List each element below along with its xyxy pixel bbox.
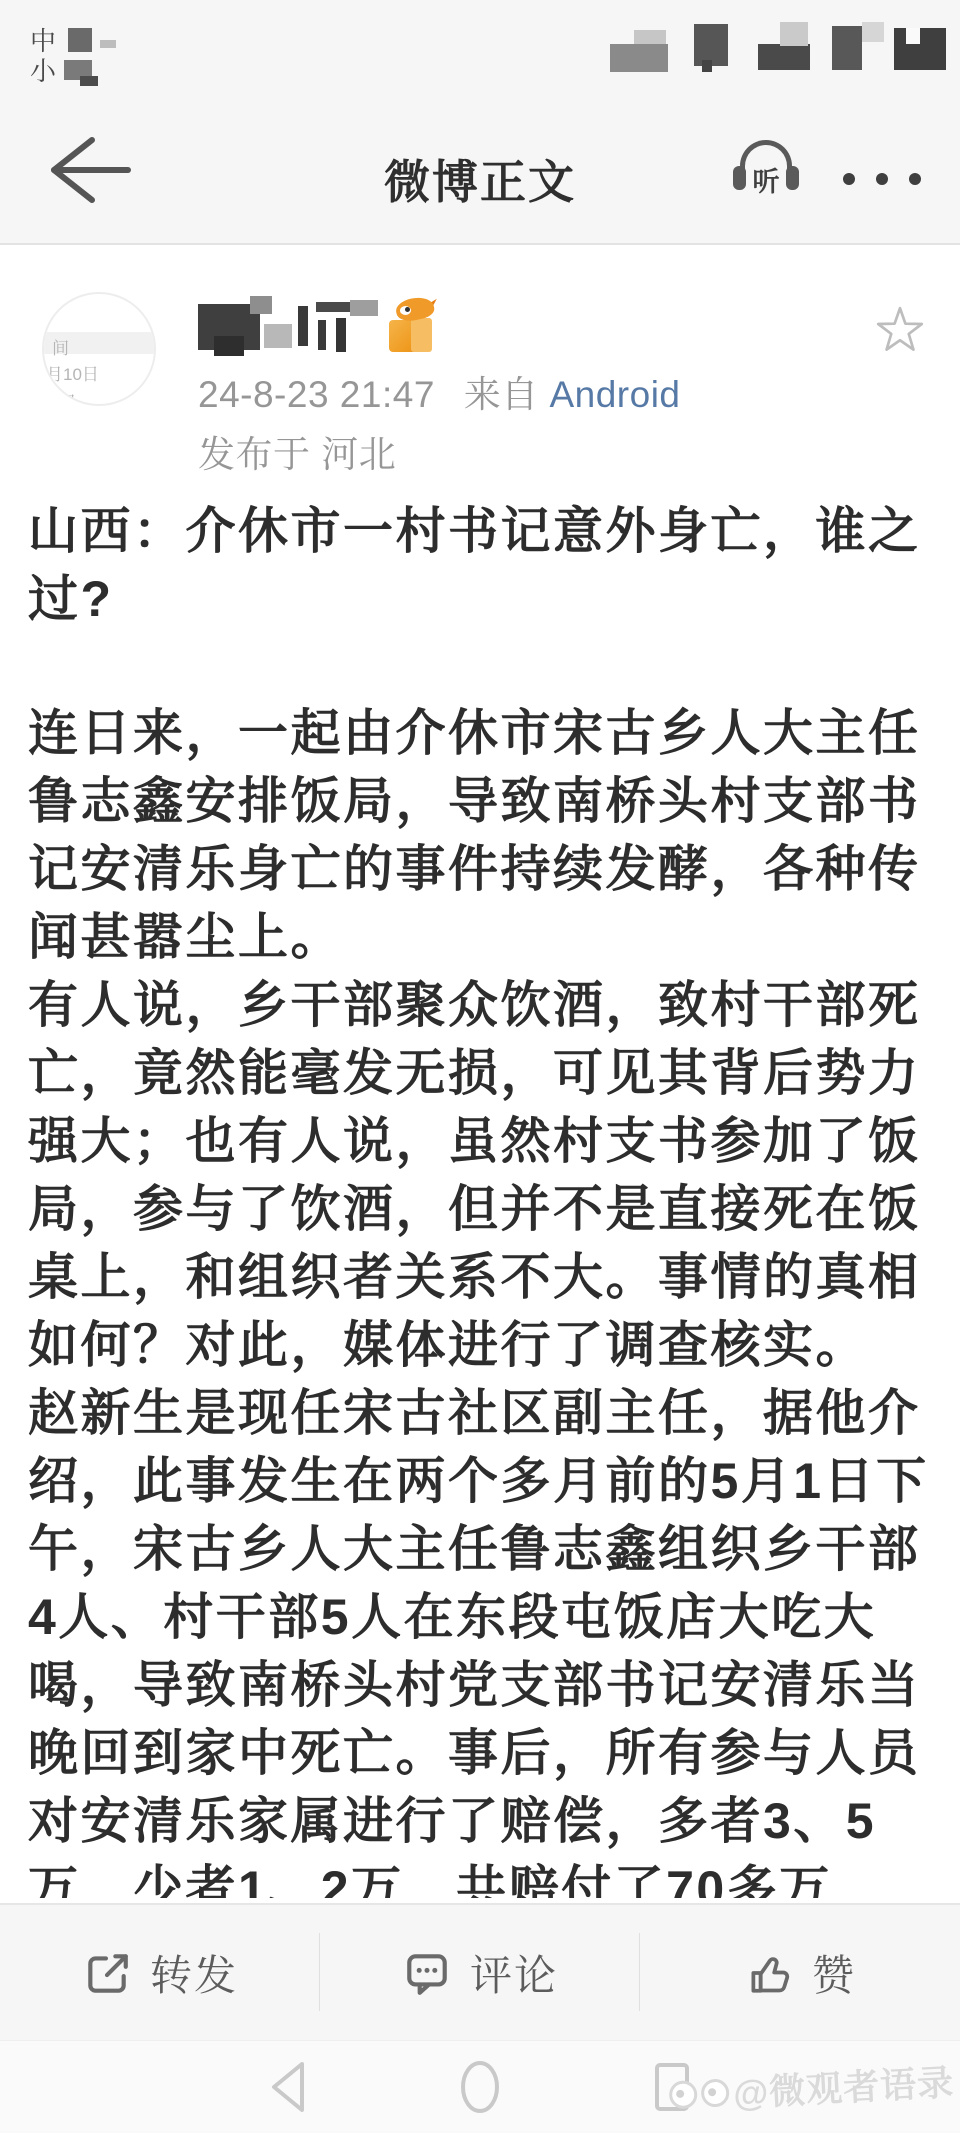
post-paragraph: 赵新生是现任宋古社区副主任，据他介绍，此事发生在两个多月前的5月1日下午，宋古乡… [28, 1379, 932, 1898]
listen-label: 听 [743, 160, 789, 199]
favorite-button[interactable] [875, 304, 925, 354]
redacted-block [250, 296, 272, 314]
repost-button[interactable]: 转发 [0, 1905, 320, 2040]
top-chrome: 中 小 [0, 0, 960, 245]
redacted-block [298, 306, 308, 346]
post-paragraph: 连日来，一起由介休市宋古乡人大主任鲁志鑫安排饭局，导致南桥头村支部书记安清乐身亡… [28, 699, 932, 971]
publish-location: 发布于 河北 [198, 424, 396, 478]
page-title: 微博正文 [0, 146, 960, 212]
like-icon [744, 1948, 794, 1998]
avatar[interactable]: 间 月10日 1日 [42, 292, 156, 406]
android-back-button[interactable] [260, 2058, 316, 2116]
carrier-line-1: 中 [30, 26, 230, 56]
android-back-triangle-icon [268, 2059, 308, 2115]
carrier-text-2: 小 [30, 56, 56, 86]
avatar-fragment: 1日 [50, 388, 76, 406]
redacted-block [758, 44, 810, 70]
battery-icon [894, 28, 946, 70]
listen-button[interactable]: 听 [733, 138, 799, 208]
repost-label: 转发 [150, 1943, 238, 2003]
star-icon [875, 304, 925, 354]
comment-icon [402, 1948, 452, 1998]
redacted-block [68, 28, 92, 52]
redacted-block [634, 30, 666, 44]
redacted-block [832, 26, 862, 70]
more-dot-icon [876, 173, 888, 185]
more-dot-icon [909, 173, 921, 185]
redacted-block [906, 28, 920, 44]
redacted-block [214, 336, 244, 356]
avatar-fragment: 月10日 [46, 360, 99, 385]
status-icons-redacted [610, 16, 946, 82]
timestamp: 24-8-23 21:47 [198, 374, 435, 415]
carrier-line-2: 小 [30, 56, 230, 86]
android-home-circle-icon [457, 2058, 503, 2116]
action-bar: 转发 评论 赞 [0, 1903, 960, 2040]
source-link[interactable]: Android [549, 374, 680, 415]
status-carrier: 中 小 [30, 26, 230, 86]
redacted-block [336, 318, 346, 352]
weibo-eye-icon [700, 2078, 729, 2107]
redacted-block [316, 302, 350, 312]
more-dot-icon [843, 173, 855, 185]
username-emoji-icon [384, 298, 438, 354]
weibo-post-screen: 中 小 [0, 0, 960, 2133]
post-meta-line: 24-8-23 21:47 来自 Android [198, 364, 681, 418]
redacted-block [264, 324, 292, 348]
username-redacted[interactable] [198, 296, 438, 360]
redacted-block [100, 40, 116, 48]
post-paragraph: 有人说，乡干部聚众饮酒，致村干部死亡，竟然能毫发无损，可见其背后势力强大；也有人… [28, 971, 932, 1379]
redacted-username-mosaic [198, 296, 380, 360]
like-label: 赞 [812, 1943, 856, 2003]
source-prefix: 来自 [464, 374, 539, 415]
redacted-block [350, 300, 378, 316]
comment-label: 评论 [470, 1943, 558, 2003]
signal-icon [610, 44, 668, 72]
carrier-text-1: 中 [30, 26, 56, 56]
like-button[interactable]: 赞 [640, 1905, 960, 2040]
avatar-fragment: 间 [52, 334, 69, 359]
redacted-block [318, 320, 326, 350]
repost-icon [82, 1948, 132, 1998]
post-title: 山西：介休市一村书记意外身亡，谁之过? [28, 497, 932, 633]
comment-button[interactable]: 评论 [320, 1905, 640, 2040]
redacted-block [80, 76, 98, 86]
post-body: 山西：介休市一村书记意外身亡，谁之过? 连日来，一起由介休市宋古乡人大主任鲁志鑫… [28, 497, 932, 1898]
redacted-block [702, 60, 712, 72]
android-home-button[interactable] [452, 2058, 508, 2116]
redacted-block [862, 22, 884, 42]
weibo-eye-icon [668, 2080, 697, 2109]
redacted-block [780, 22, 808, 46]
more-button[interactable] [843, 168, 935, 192]
